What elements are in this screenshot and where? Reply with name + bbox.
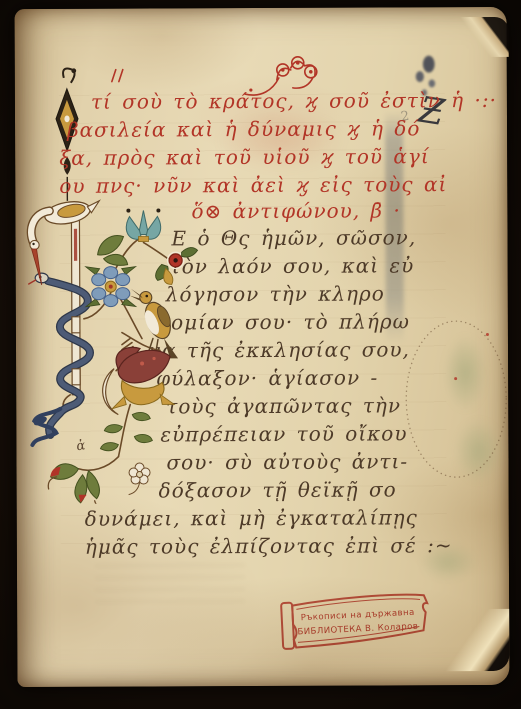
text-line-brown-2: τὸν λαόν σου, καὶ εὐ [170, 252, 415, 279]
text-line-red-3: ξα, πρὸς καὶ τοῦ υἱοῦ ϗ τοῦ ἁγί [59, 143, 430, 171]
offset-ring-stain [398, 315, 517, 484]
text-line-brown-11: δυνάμει, καὶ μὴ ἐγκαταλίπῃς [85, 504, 418, 531]
outline-flower-icon [129, 463, 151, 495]
text-line-red-4: ου πνς· νῦν καὶ ἀεὶ ϗ εἰς τοὺς αἰ [59, 171, 447, 199]
rubric-line: ὅ⊗ ἀντιφώνου, β̄ · [191, 197, 401, 224]
red-tick-marks [109, 67, 127, 85]
tulip-flower-icon [102, 347, 174, 414]
manuscript-photo: Ƶ 2 [0, 0, 521, 709]
stamp-text-line-1: Ръкописи на държавна [301, 608, 415, 623]
stork-icon [30, 198, 100, 285]
red-bud-flower-icon [155, 247, 197, 284]
manuscript-page: Ƶ 2 [15, 7, 510, 687]
text-line-brown-1: Ε ὁ Θς ἡμῶν, σῶσον, [171, 224, 416, 251]
leaf-pair-icon [98, 236, 128, 266]
floral-border-illumination [25, 198, 204, 504]
red-speck-1 [454, 377, 457, 380]
text-line-brown-12: ἡμᾶς τοὺς ἐλπίζοντας ἐπὶ σέ :~ [85, 532, 453, 560]
red-speck-2 [486, 333, 489, 336]
snake-icon [29, 273, 91, 445]
text-line-red-2: βασιλεία καὶ ἡ δύναμις ϗ ἡ δό [67, 115, 420, 143]
rosette-flower-icon [86, 267, 136, 307]
bottom-right-corner-curl [435, 609, 509, 671]
top-right-corner-fold [455, 17, 509, 57]
lily-flower-icon [126, 208, 161, 241]
text-line-red-1: τί σοὺ τὸ κράτος, ϗ σοῦ ἐστὶν ἡ ·:· [91, 87, 497, 115]
library-stamp: Ръкописи на държавна БИБЛИОТЕКА В. Колар… [272, 590, 439, 662]
verso-bleed-through [95, 564, 245, 613]
